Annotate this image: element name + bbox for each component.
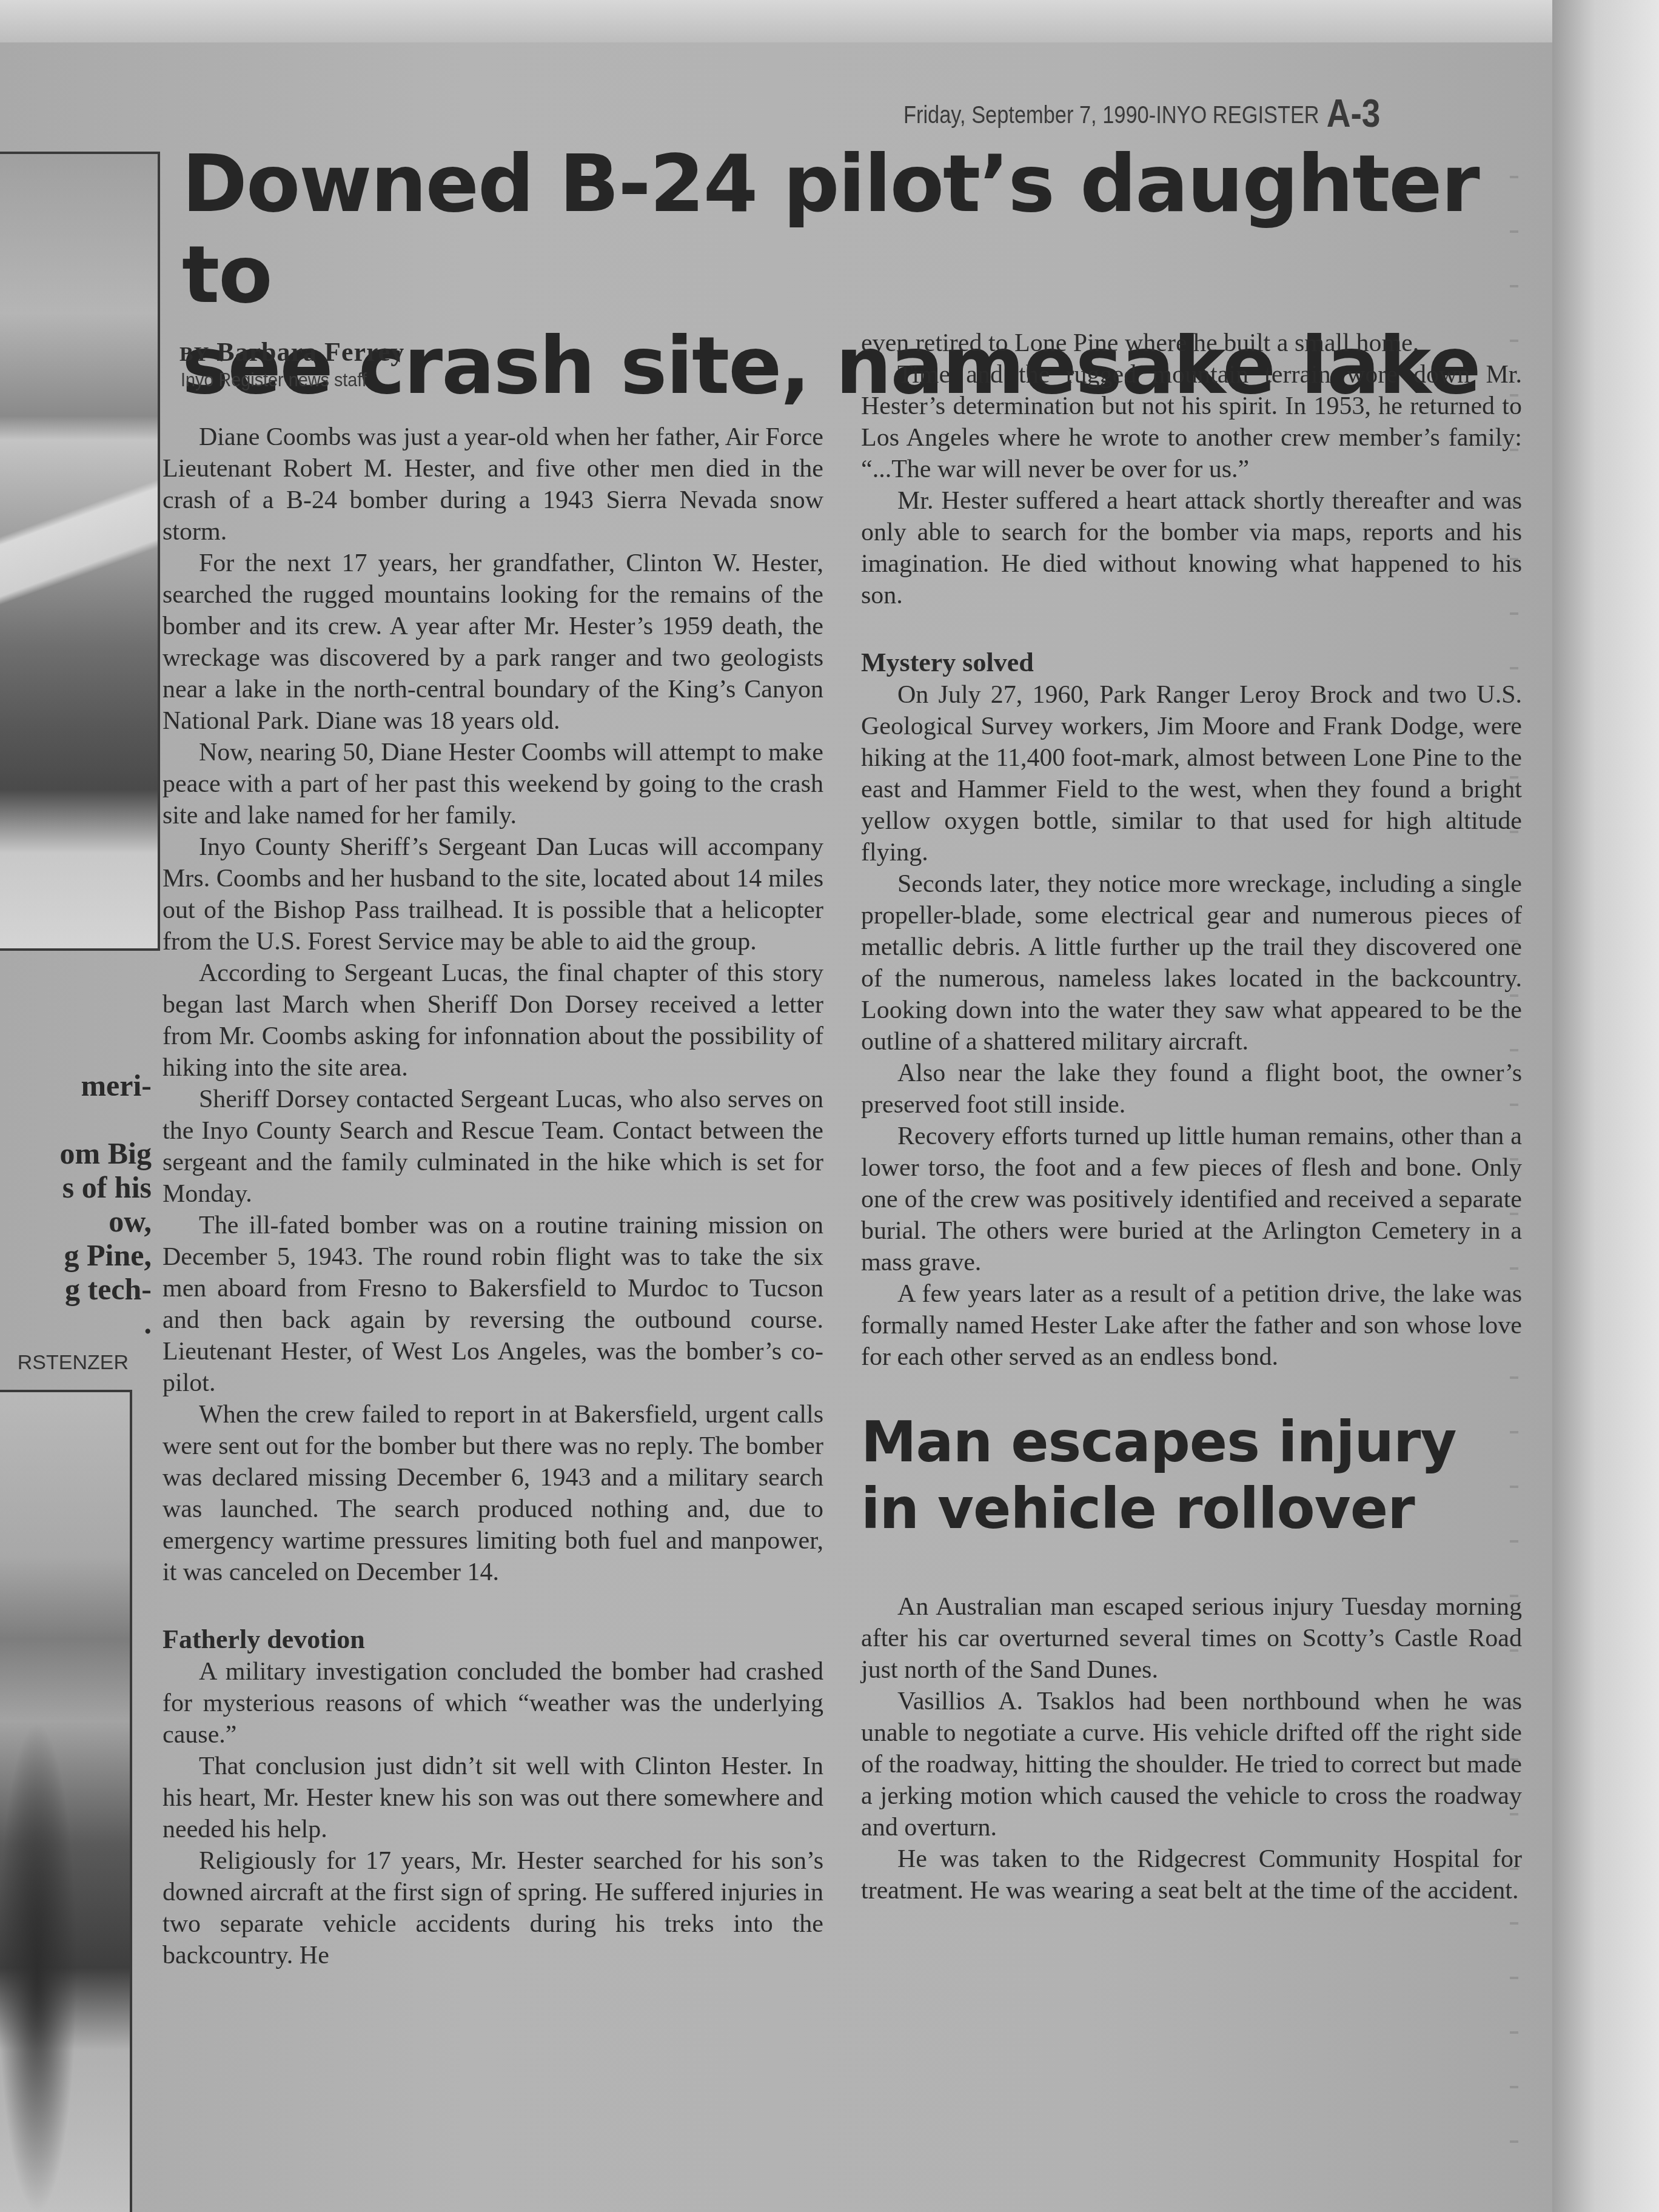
paragraph: The ill-fated bomber was on a routine tr… — [163, 1210, 823, 1399]
photo-credit: RSTENZER — [0, 1351, 129, 1375]
headline-line-1: Downed B-24 pilot’s daughter to — [182, 138, 1528, 320]
paragraph: Recovery efforts turned up little human … — [861, 1121, 1522, 1278]
caption-fragment: om Big — [0, 1136, 152, 1170]
byline-name: Barbara Ferrey — [216, 337, 404, 367]
paragraph: When the crew failed to report in at Bak… — [163, 1399, 823, 1588]
paragraph: Time and the rugged mountain terrain wor… — [861, 359, 1522, 485]
paragraph: Diane Coombs was just a year-old when he… — [163, 421, 823, 548]
paragraph: For the next 17 years, her grandfather, … — [163, 548, 823, 737]
paragraph: He was taken to the Ridgecrest Community… — [861, 1843, 1522, 1906]
caption-fragment: g Pine, — [0, 1238, 152, 1272]
paragraph: Seconds later, they notice more wreckage… — [861, 868, 1522, 1057]
paragraph: Also near the lake they found a flight b… — [861, 1057, 1522, 1121]
article-column-2: even retired to Lone Pine where he built… — [861, 327, 1522, 1906]
subhead-mystery-solved: Mystery solved — [861, 646, 1522, 679]
paragraph: According to Sergeant Lucas, the final c… — [163, 957, 823, 1084]
paragraph-continuation: even retired to Lone Pine where he built… — [861, 327, 1522, 359]
second-headline-line-1: Man escapes injury — [861, 1409, 1522, 1476]
article-column-1: Diane Coombs was just a year-old when he… — [163, 421, 823, 1971]
paragraph: Now, nearing 50, Diane Hester Coombs wil… — [163, 737, 823, 831]
caption-fragment: ow, — [0, 1204, 152, 1238]
paragraph: A few years later as a result of a petit… — [861, 1278, 1522, 1373]
caption-gap — [0, 1102, 152, 1136]
caption-fragment: . — [0, 1306, 152, 1340]
adjacent-caption: meri-om Bigs of hisow,g Pine,g tech-. — [0, 1068, 152, 1340]
adjacent-photo-top — [0, 152, 160, 951]
paragraph: On July 27, 1960, Park Ranger Leroy Broc… — [861, 679, 1522, 868]
page-binding-edge — [1552, 0, 1659, 2212]
paragraph: That conclusion just didn’t sit well wit… — [163, 1751, 823, 1845]
paragraph: Sheriff Dorsey contacted Sergeant Lucas,… — [163, 1084, 823, 1210]
page-top-edge — [0, 0, 1659, 42]
byline-role: Inyo Register news staff — [181, 369, 367, 391]
paragraph: Vasillios A. Tsaklos had been northbound… — [861, 1686, 1522, 1843]
paragraph: A military investigation concluded the b… — [163, 1656, 823, 1751]
folio-line: Friday, September 7, 1990-INYO REGISTERA… — [903, 91, 1425, 136]
second-headline: Man escapes injury in vehicle rollover — [861, 1409, 1522, 1543]
adjacent-photo-bottom — [0, 1390, 132, 2212]
page-number: A-3 — [1327, 92, 1381, 135]
spacer — [861, 611, 1522, 646]
folio-dateline: Friday, September 7, 1990-INYO REGISTER — [903, 102, 1319, 129]
paragraph: Mr. Hester suffered a heart attack short… — [861, 485, 1522, 611]
byline-prefix: BY — [179, 343, 209, 366]
paragraph: An Australian man escaped serious injury… — [861, 1591, 1522, 1686]
paragraph: Religiously for 17 years, Mr. Hester sea… — [163, 1845, 823, 1971]
caption-fragment: meri- — [0, 1068, 152, 1102]
spacer — [163, 1588, 823, 1623]
subhead-fatherly-devotion: Fatherly devotion — [163, 1623, 823, 1656]
byline: BY Barbara Ferrey — [179, 337, 404, 367]
caption-fragment: s of his — [0, 1170, 152, 1204]
paragraph: Inyo County Sheriff’s Sergeant Dan Lucas… — [163, 831, 823, 957]
second-headline-line-2: in vehicle rollover — [861, 1476, 1522, 1543]
caption-fragment: g tech- — [0, 1272, 152, 1306]
